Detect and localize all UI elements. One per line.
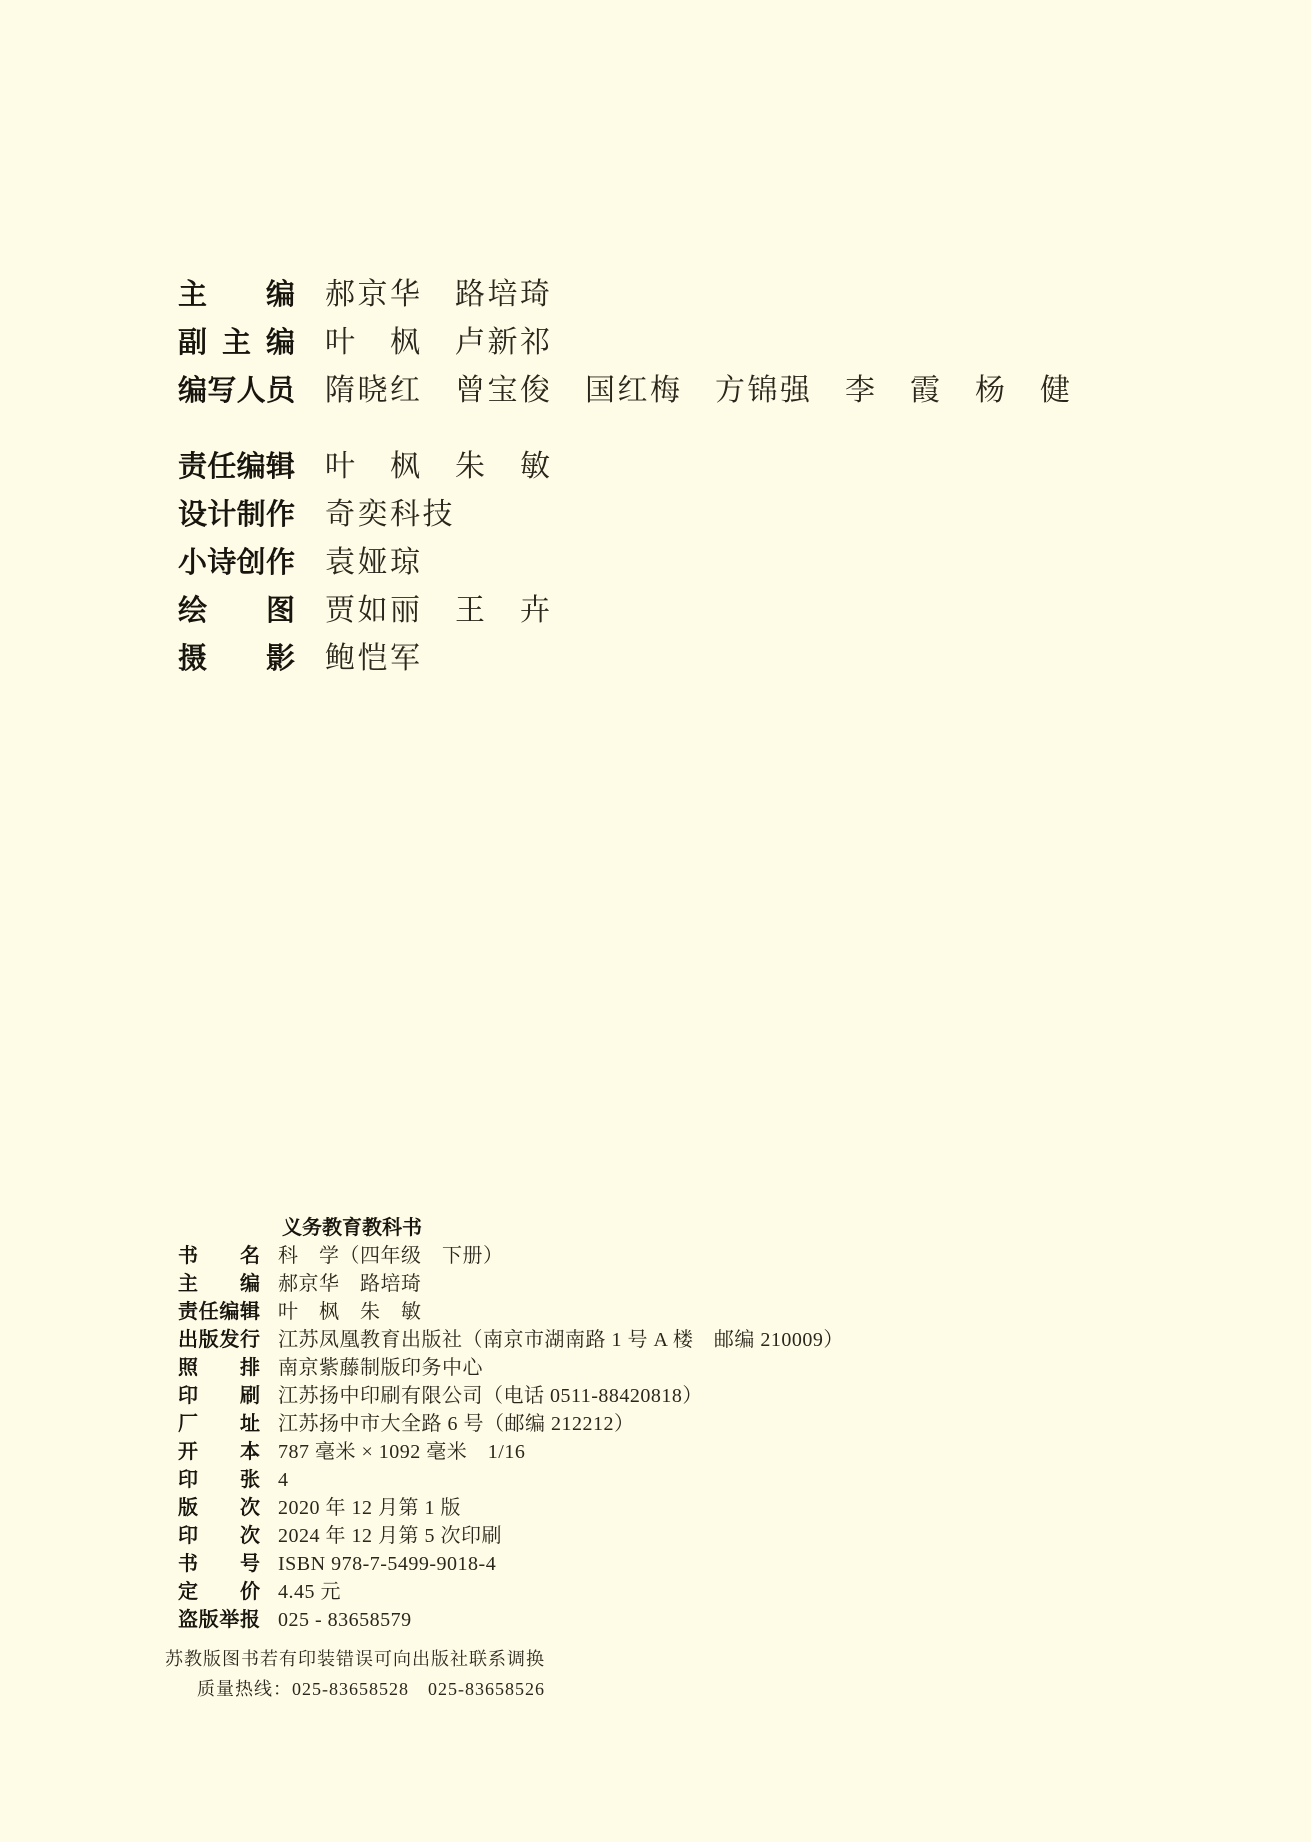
colophon-value: 2024 年 12 月第 5 次印刷 xyxy=(278,1526,502,1547)
credit-row: 责任编辑 叶 枫 朱 敏 xyxy=(178,452,1073,482)
credit-label: 副主编 xyxy=(178,328,295,358)
colophon-label: 印刷 xyxy=(178,1386,260,1407)
colophon-label: 定价 xyxy=(178,1582,260,1603)
colophon-row: 印张 4 xyxy=(178,1470,844,1491)
colophon-row: 书号 ISBN 978-7-5499-9018-4 xyxy=(178,1554,844,1575)
credit-row: 设计制作 奇奕科技 xyxy=(178,500,1073,530)
colophon-row: 责任编辑 叶 枫 朱 敏 xyxy=(178,1302,844,1323)
colophon-value: 江苏扬中印刷有限公司（电话 0511-88420818） xyxy=(278,1386,703,1407)
colophon-label: 照排 xyxy=(178,1358,260,1379)
colophon-label: 主编 xyxy=(178,1274,260,1295)
colophon-row: 定价 4.45 元 xyxy=(178,1582,844,1603)
credit-label: 责任编辑 xyxy=(178,452,295,482)
colophon-value: 江苏扬中市大全路 6 号（邮编 212212） xyxy=(278,1414,635,1435)
credit-value: 郝京华 路培琦 xyxy=(325,280,553,310)
colophon-label: 盗版举报 xyxy=(178,1610,260,1631)
credit-value: 奇奕科技 xyxy=(325,500,455,530)
colophon-row: 书名 科 学（四年级 下册） xyxy=(178,1246,844,1267)
colophon-row: 照排 南京紫藤制版印务中心 xyxy=(178,1358,844,1379)
colophon-value: 南京紫藤制版印务中心 xyxy=(278,1358,483,1379)
quality-hotline: 质量热线：025-83658528 025-83658526 xyxy=(197,1678,545,1700)
credit-label: 编写人员 xyxy=(178,376,295,406)
colophon-label: 开本 xyxy=(178,1442,260,1463)
credit-value: 鲍恺军 xyxy=(325,644,423,674)
colophon-row: 印刷 江苏扬中印刷有限公司（电话 0511-88420818） xyxy=(178,1386,844,1407)
colophon-section: 义务教育教科书 书名 科 学（四年级 下册） 主编 郝京华 路培琦 责任编辑 叶… xyxy=(178,1218,844,1638)
credit-value: 隋晓红 曾宝俊 国红梅 方锦强 李 霞 杨 健 xyxy=(325,376,1073,406)
colophon-label: 版次 xyxy=(178,1498,260,1519)
credit-value: 叶 枫 朱 敏 xyxy=(325,452,553,482)
misprint-exchange-note: 苏教版图书若有印装错误可向出版社联系调换 xyxy=(165,1648,545,1670)
credit-label: 摄影 xyxy=(178,644,295,674)
colophon-label: 出版发行 xyxy=(178,1330,260,1351)
credit-value: 贾如丽 王 卉 xyxy=(325,596,553,626)
colophon-value: 郝京华 路培琦 xyxy=(278,1274,422,1295)
credit-label: 绘图 xyxy=(178,596,295,626)
colophon-value: 科 学（四年级 下册） xyxy=(278,1246,504,1267)
colophon-value: 4 xyxy=(278,1470,289,1491)
colophon-row: 主编 郝京华 路培琦 xyxy=(178,1274,844,1295)
credit-label: 设计制作 xyxy=(178,500,295,530)
colophon-value: 4.45 元 xyxy=(278,1582,341,1603)
series-title: 义务教育教科书 xyxy=(282,1218,844,1239)
colophon-label: 书名 xyxy=(178,1246,260,1267)
colophon-row: 开本 787 毫米 × 1092 毫米 1/16 xyxy=(178,1442,844,1463)
credits-group-production: 责任编辑 叶 枫 朱 敏 设计制作 奇奕科技 小诗创作 袁娅琼 绘图 贾如丽 王… xyxy=(178,452,1073,674)
colophon-row: 盗版举报 025 - 83658579 xyxy=(178,1610,844,1631)
colophon-row: 版次 2020 年 12 月第 1 版 xyxy=(178,1498,844,1519)
credit-label: 小诗创作 xyxy=(178,548,295,578)
credit-row: 副主编 叶 枫 卢新祁 xyxy=(178,328,1073,358)
colophon-row: 厂址 江苏扬中市大全路 6 号（邮编 212212） xyxy=(178,1414,844,1435)
colophon-value: 江苏凤凰教育出版社（南京市湖南路 1 号 A 楼 邮编 210009） xyxy=(278,1330,844,1351)
credit-label: 主编 xyxy=(178,280,295,310)
colophon-row: 印次 2024 年 12 月第 5 次印刷 xyxy=(178,1526,844,1547)
credit-row: 小诗创作 袁娅琼 xyxy=(178,548,1073,578)
colophon-value: 025 - 83658579 xyxy=(278,1610,412,1631)
colophon-value: 叶 枫 朱 敏 xyxy=(278,1302,422,1323)
colophon-label: 责任编辑 xyxy=(178,1302,260,1323)
colophon-label: 书号 xyxy=(178,1554,260,1575)
copyright-page: { "page": { "background_color": "#FEFCE7… xyxy=(0,0,1311,1842)
credit-row: 主编 郝京华 路培琦 xyxy=(178,280,1073,310)
colophon-value: 787 毫米 × 1092 毫米 1/16 xyxy=(278,1442,525,1463)
credits-section: 主编 郝京华 路培琦 副主编 叶 枫 卢新祁 编写人员 隋晓红 曾宝俊 国红梅 … xyxy=(178,280,1073,692)
credit-row: 编写人员 隋晓红 曾宝俊 国红梅 方锦强 李 霞 杨 健 xyxy=(178,376,1073,406)
colophon-value: ISBN 978-7-5499-9018-4 xyxy=(278,1554,496,1575)
credit-value: 袁娅琼 xyxy=(325,548,423,578)
credit-row: 绘图 贾如丽 王 卉 xyxy=(178,596,1073,626)
colophon-label: 印次 xyxy=(178,1526,260,1547)
credit-value: 叶 枫 卢新祁 xyxy=(325,328,553,358)
colophon-label: 印张 xyxy=(178,1470,260,1491)
credits-group-editors: 主编 郝京华 路培琦 副主编 叶 枫 卢新祁 编写人员 隋晓红 曾宝俊 国红梅 … xyxy=(178,280,1073,406)
credit-row: 摄影 鲍恺军 xyxy=(178,644,1073,674)
colophon-row: 出版发行 江苏凤凰教育出版社（南京市湖南路 1 号 A 楼 邮编 210009） xyxy=(178,1330,844,1351)
colophon-value: 2020 年 12 月第 1 版 xyxy=(278,1498,461,1519)
footer-note: 苏教版图书若有印装错误可向出版社联系调换 质量热线：025-83658528 0… xyxy=(165,1648,545,1700)
colophon-label: 厂址 xyxy=(178,1414,260,1435)
